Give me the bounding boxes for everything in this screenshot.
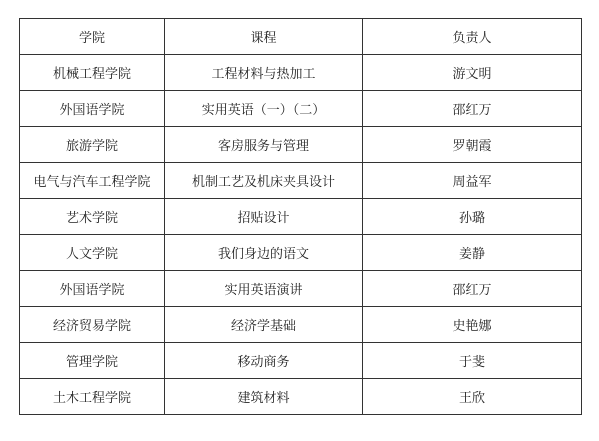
cell-college: 艺术学院	[20, 199, 165, 235]
table-row: 人文学院 我们身边的语文 姜静	[20, 235, 582, 271]
cell-owner: 史艳娜	[363, 307, 582, 343]
table-row: 机械工程学院 工程材料与热加工 游文明	[20, 55, 582, 91]
cell-college: 电气与汽车工程学院	[20, 163, 165, 199]
cell-course: 工程材料与热加工	[165, 55, 363, 91]
cell-course: 实用英语（一）（二）	[165, 91, 363, 127]
cell-course: 实用英语演讲	[165, 271, 363, 307]
cell-course: 招贴设计	[165, 199, 363, 235]
cell-college: 旅游学院	[20, 127, 165, 163]
table-row: 电气与汽车工程学院 机制工艺及机床夹具设计 周益军	[20, 163, 582, 199]
cell-college: 管理学院	[20, 343, 165, 379]
cell-college: 经济贸易学院	[20, 307, 165, 343]
table-row: 土木工程学院 建筑材料 王欣	[20, 379, 582, 415]
header-row: 学院 课程 负责人	[20, 19, 582, 55]
cell-college: 土木工程学院	[20, 379, 165, 415]
cell-owner: 王欣	[363, 379, 582, 415]
course-table: 学院 课程 负责人 机械工程学院 工程材料与热加工 游文明 外国语学院 实用英语…	[19, 18, 582, 415]
cell-college: 外国语学院	[20, 91, 165, 127]
cell-owner: 邵红万	[363, 271, 582, 307]
cell-owner: 邵红万	[363, 91, 582, 127]
header-owner: 负责人	[363, 19, 582, 55]
table-row: 旅游学院 客房服务与管理 罗朝霞	[20, 127, 582, 163]
cell-college: 人文学院	[20, 235, 165, 271]
cell-college: 机械工程学院	[20, 55, 165, 91]
cell-course: 我们身边的语文	[165, 235, 363, 271]
cell-owner: 游文明	[363, 55, 582, 91]
cell-course: 经济学基础	[165, 307, 363, 343]
header-course: 课程	[165, 19, 363, 55]
cell-college: 外国语学院	[20, 271, 165, 307]
cell-owner: 周益军	[363, 163, 582, 199]
table-row: 管理学院 移动商务 于斐	[20, 343, 582, 379]
table-row: 经济贸易学院 经济学基础 史艳娜	[20, 307, 582, 343]
table-row: 艺术学院 招贴设计 孙璐	[20, 199, 582, 235]
cell-owner: 罗朝霞	[363, 127, 582, 163]
table-row: 外国语学院 实用英语演讲 邵红万	[20, 271, 582, 307]
header-college: 学院	[20, 19, 165, 55]
cell-owner: 姜静	[363, 235, 582, 271]
cell-course: 客房服务与管理	[165, 127, 363, 163]
cell-course: 移动商务	[165, 343, 363, 379]
cell-course: 机制工艺及机床夹具设计	[165, 163, 363, 199]
cell-owner: 于斐	[363, 343, 582, 379]
cell-course: 建筑材料	[165, 379, 363, 415]
cell-owner: 孙璐	[363, 199, 582, 235]
table-row: 外国语学院 实用英语（一）（二） 邵红万	[20, 91, 582, 127]
